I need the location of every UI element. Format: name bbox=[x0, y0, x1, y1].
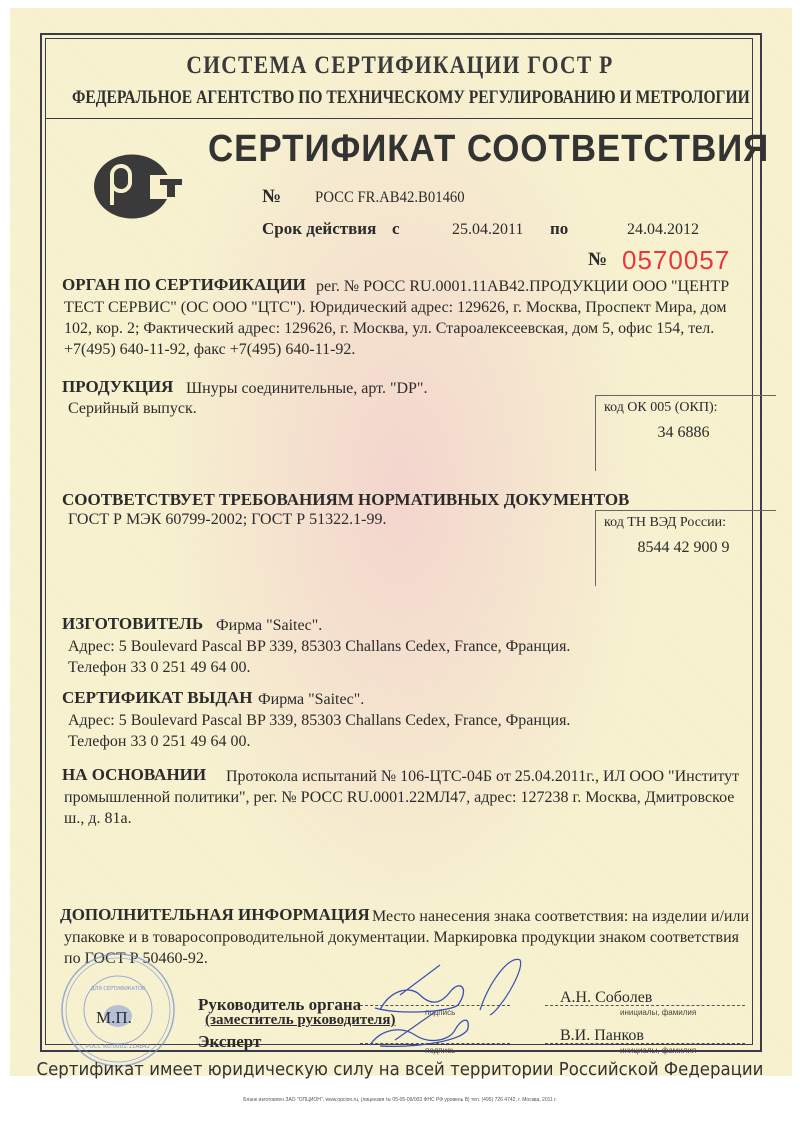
basis-label: НА ОСНОВАНИИ bbox=[62, 765, 206, 785]
expert-name-caption: инициалы, фамилия bbox=[620, 1046, 696, 1055]
valid-from-date: 25.04.2011 bbox=[452, 221, 523, 239]
additional-info-label: ДОПОЛНИТЕЛЬНАЯ ИНФОРМАЦИЯ bbox=[60, 905, 370, 925]
handwritten-signatures bbox=[340, 950, 540, 1060]
tnved-code-box: код ТН ВЭД России: 8544 42 900 9 bbox=[595, 510, 776, 586]
issued-to-phone: Телефон 33 0 251 49 64 00. bbox=[68, 733, 250, 751]
blank-number-label: № bbox=[588, 249, 607, 271]
product-release: Серийный выпуск. bbox=[68, 400, 197, 418]
validity-to-label: по bbox=[550, 219, 568, 239]
header-divider bbox=[46, 118, 752, 119]
valid-to-date: 24.04.2012 bbox=[627, 221, 699, 239]
expert-label: Эксперт bbox=[198, 1032, 261, 1052]
tnved-code-value: 8544 42 900 9 bbox=[596, 539, 771, 557]
basis-line2: промышленной политики", рег. № РОСС RU.0… bbox=[64, 789, 734, 807]
manufacturer-phone: Телефон 33 0 251 49 64 00. bbox=[68, 659, 250, 677]
certification-body-line2: ТЕСТ СЕРВИС" (ОС ООО "ЦТС"). Юридический… bbox=[64, 299, 727, 317]
head-name-caption: инициалы, фамилия bbox=[620, 1008, 696, 1017]
validity-from-label: с bbox=[392, 219, 400, 239]
certification-body-label: ОРГАН ПО СЕРТИФИКАЦИИ bbox=[62, 275, 306, 295]
blank-serial-number: 0570057 bbox=[622, 245, 730, 276]
system-title: СИСТЕМА СЕРТИФИКАЦИИ ГОСТ Р bbox=[56, 52, 744, 80]
svg-text:РОСС RU.0001.11АВ42: РОСС RU.0001.11АВ42 bbox=[86, 1044, 150, 1050]
validity-label: Срок действия bbox=[262, 219, 376, 239]
conformity-label: СООТВЕТСТВУЕТ ТРЕБОВАНИЯМ НОРМАТИВНЫХ ДО… bbox=[62, 490, 629, 510]
tnved-code-label: код ТН ВЭД России: bbox=[604, 515, 726, 531]
basis-line3: ш., д. 81а. bbox=[64, 810, 132, 828]
certification-body-line1: рег. № РОСС RU.0001.11АВ42.ПРОДУКЦИИ ООО… bbox=[316, 278, 729, 296]
okp-code-box: код ОК 005 (ОКП): 34 6886 bbox=[595, 395, 776, 471]
conformity-documents: ГОСТ Р МЭК 60799-2002; ГОСТ Р 51322.1-99… bbox=[68, 511, 386, 529]
manufacturer-address: Адрес: 5 Boulevard Pascal BP 339, 85303 … bbox=[68, 638, 570, 656]
rst-mark-icon bbox=[92, 153, 187, 220]
additional-info-line1: Место нанесения знака соответствия: на и… bbox=[372, 908, 749, 926]
expert-name: В.И. Панков bbox=[560, 1027, 644, 1045]
svg-text:ДЛЯ СЕРТИФИКАТОВ: ДЛЯ СЕРТИФИКАТОВ bbox=[91, 986, 146, 992]
product-label: ПРОДУКЦИЯ bbox=[62, 377, 173, 397]
manufacturer-label: ИЗГОТОВИТЕЛЬ bbox=[62, 614, 203, 634]
issued-to-address: Адрес: 5 Boulevard Pascal BP 339, 85303 … bbox=[68, 712, 570, 730]
basis-line1: Протокола испытаний № 106-ЦТС-04Б от 25.… bbox=[226, 768, 739, 786]
issued-to-name: Фирма "Saitec". bbox=[258, 691, 364, 709]
cert-number: РОСС FR.АВ42.В01460 bbox=[315, 189, 465, 207]
issued-to-label: СЕРТИФИКАТ ВЫДАН bbox=[62, 688, 253, 708]
okp-code-label: код ОК 005 (ОКП): bbox=[604, 400, 718, 416]
blank-imprint: Бланк изготовлен ЗАО "ОПЦИОН", www.opcio… bbox=[0, 1097, 800, 1103]
seal-place-label: М.П. bbox=[96, 1008, 132, 1028]
product-name: Шнуры соединительные, арт. "DP". bbox=[186, 380, 427, 398]
legal-validity-note: Сертификат имеет юридическую силу на все… bbox=[32, 1059, 768, 1080]
okp-code-value: 34 6886 bbox=[596, 424, 771, 442]
cert-number-label: № bbox=[262, 186, 281, 208]
certification-body-line4: +7(495) 640-11-92, факс +7(495) 640-11-9… bbox=[64, 341, 355, 359]
manufacturer-name: Фирма "Saitec". bbox=[216, 617, 322, 635]
document-title: СЕРТИФИКАТ СООТВЕТСТВИЯ bbox=[208, 128, 769, 171]
additional-info-line2: упаковке и в товаросопроводительной доку… bbox=[64, 929, 739, 947]
agency-title: ФЕДЕРАЛЬНОЕ АГЕНТСТВО ПО ТЕХНИЧЕСКОМУ РЕ… bbox=[72, 87, 728, 109]
certification-body-line3: 102, кор. 2; Фактический адрес: 129626, … bbox=[64, 320, 714, 338]
head-name: А.Н. Соболев bbox=[560, 989, 652, 1007]
